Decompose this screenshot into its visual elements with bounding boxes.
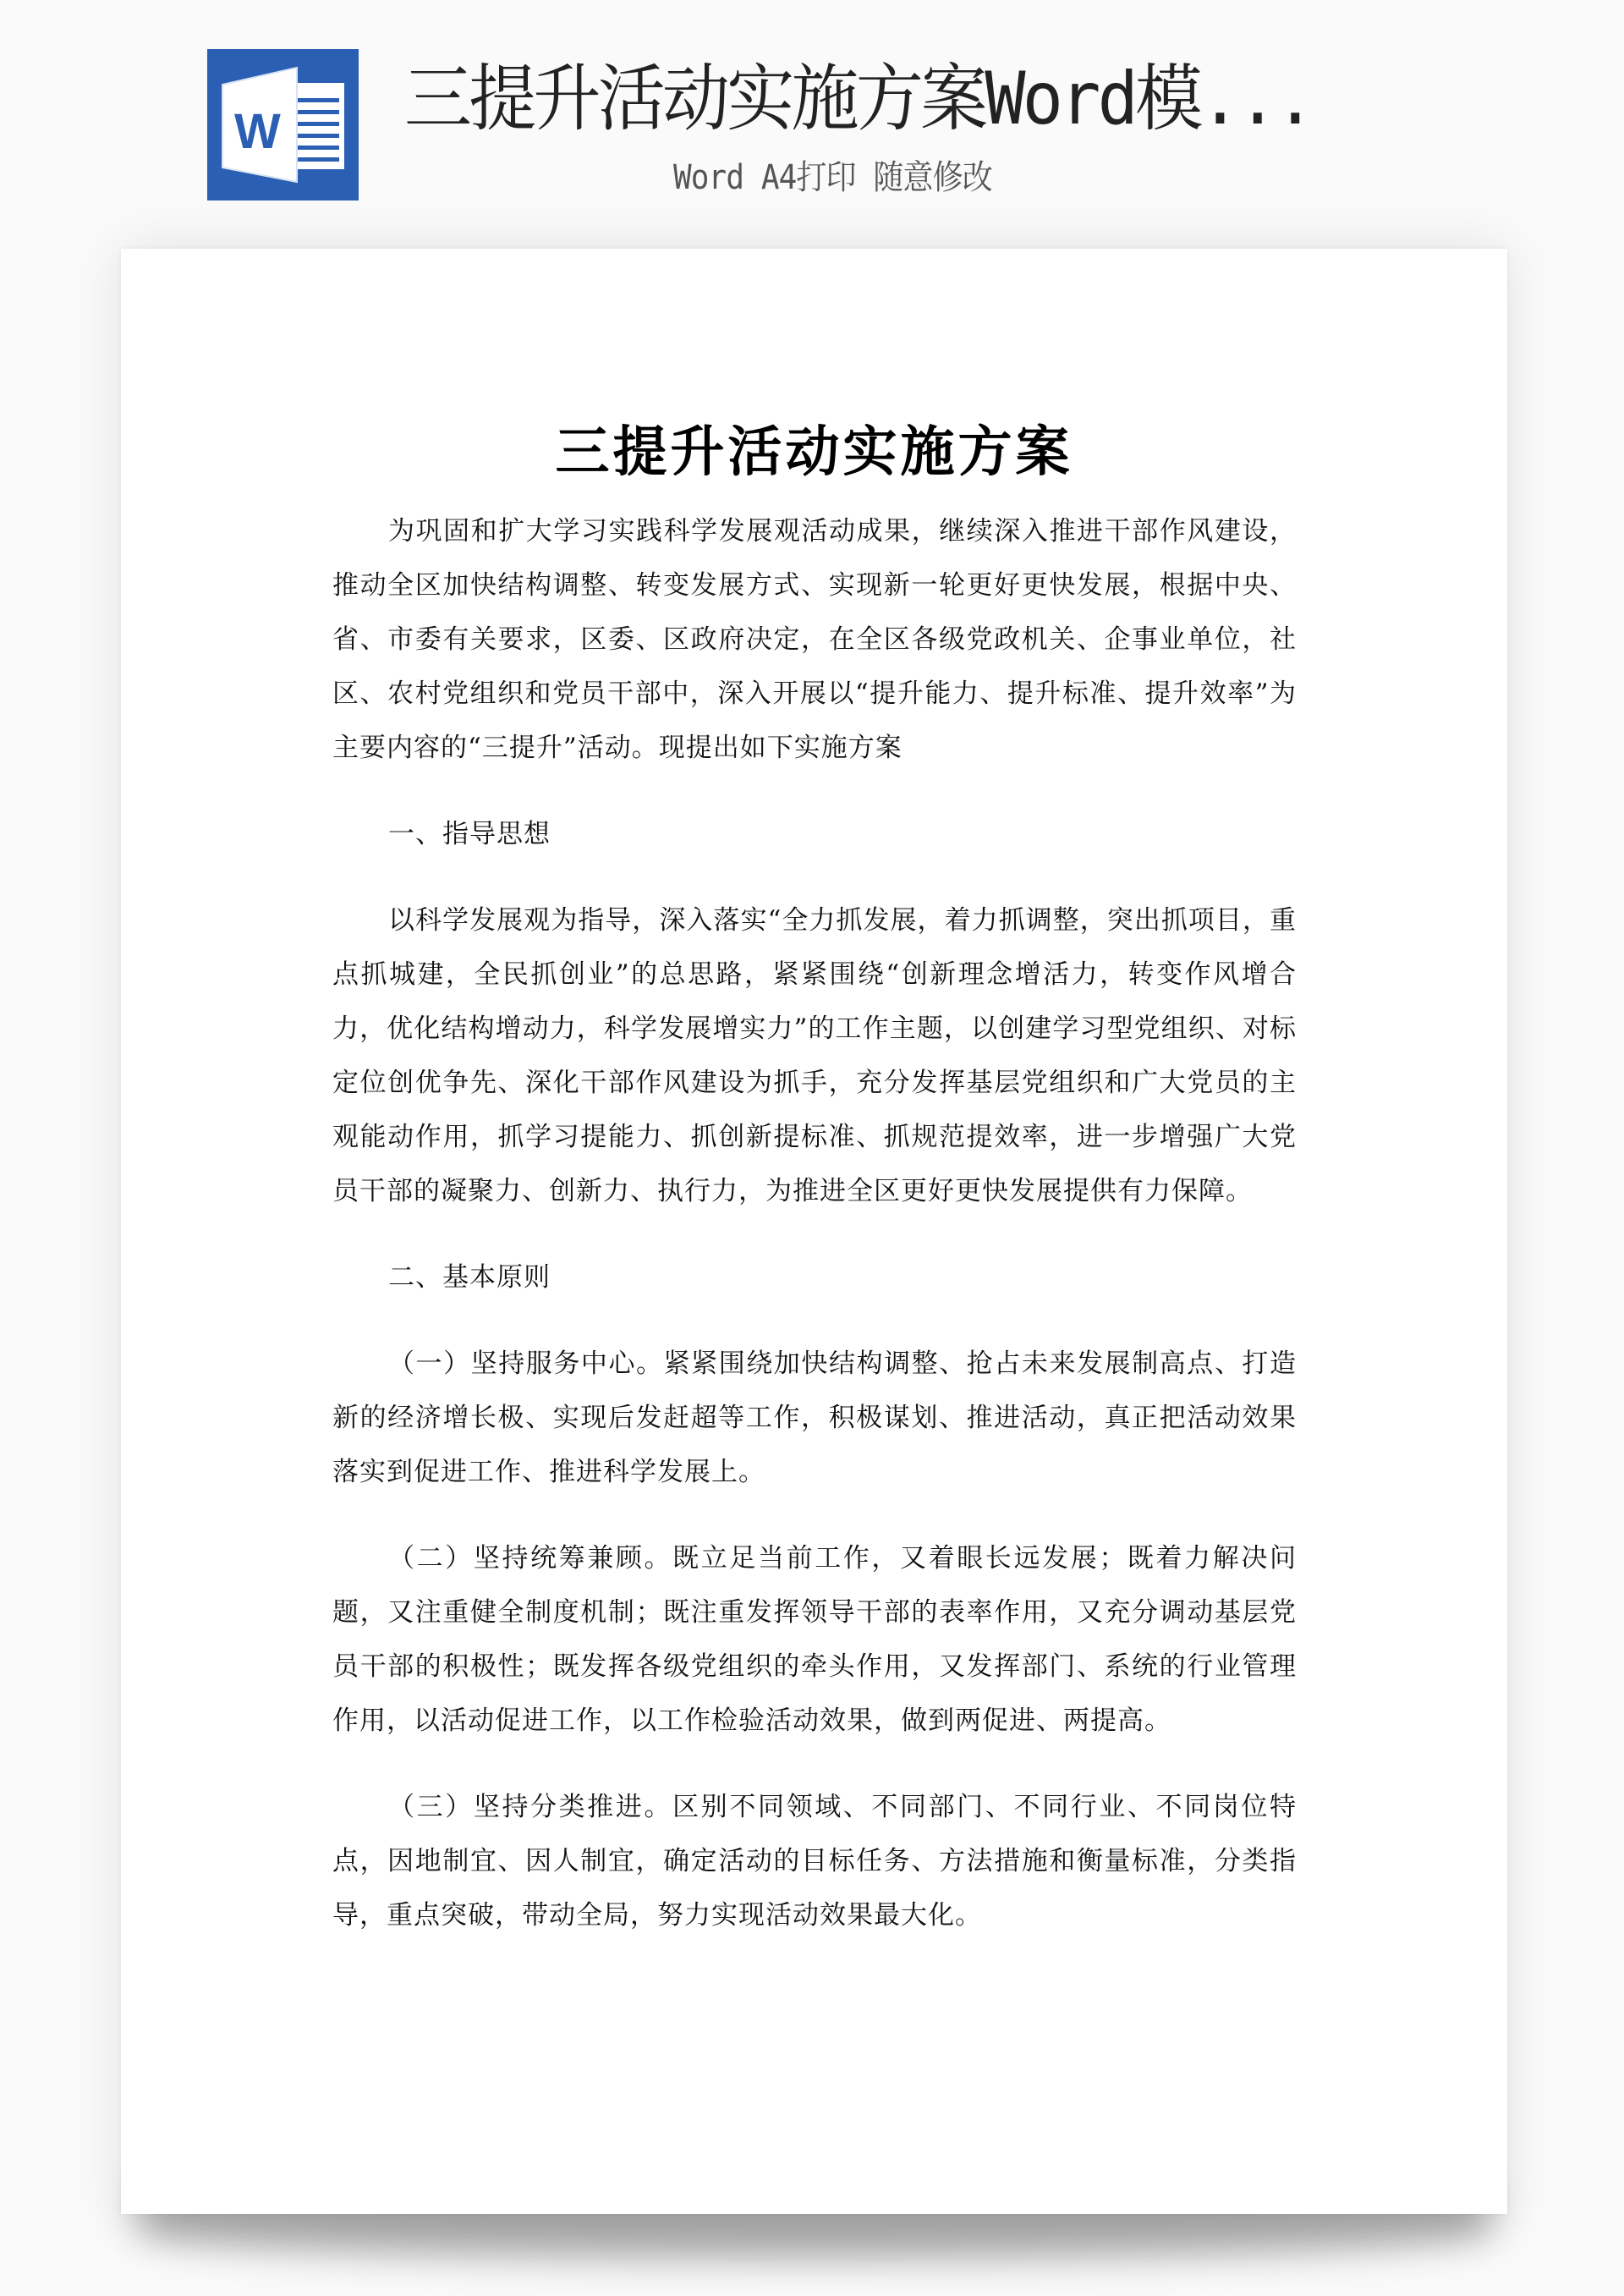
- principle-paragraph-3: （三）坚持分类推进。区别不同领域、不同部门、不同行业、不同岗位特点，因地制宜、因…: [332, 1780, 1297, 1942]
- section-heading-basic-principles: 二、基本原则: [332, 1250, 1297, 1305]
- document-title: 三提升活动实施方案: [121, 415, 1507, 491]
- principle-paragraph-2: （二）坚持统筹兼顾。既立足当前工作，又着眼长远发展；既着力解决问题，又注重健全制…: [332, 1531, 1297, 1748]
- word-document-icon: W: [207, 49, 359, 200]
- document-page: 三提升活动实施方案 为巩固和扩大学习实践科学发展观活动成果，继续深入推进干部作风…: [121, 249, 1507, 2214]
- guiding-thought-paragraph: 以科学发展观为指导，深入落实“全力抓发展，着力抓调整，突出抓项目，重点抓城建，全…: [332, 893, 1297, 1218]
- intro-paragraph: 为巩固和扩大学习实践科学发展观活动成果，继续深入推进干部作风建设，推动全区加快结…: [332, 504, 1297, 775]
- section-heading-guiding-thought: 一、指导思想: [332, 807, 1297, 861]
- header-subtitle: Word A4打印 随意修改: [673, 154, 1054, 201]
- principle-paragraph-1: （一）坚持服务中心。紧紧围绕加快结构调整、抢占未来发展制高点、打造新的经济增长极…: [332, 1337, 1297, 1499]
- svg-text:W: W: [234, 104, 281, 159]
- header-title: 三提升活动实施方案Word模...: [404, 52, 1396, 146]
- document-body: 为巩固和扩大学习实践科学发展观活动成果，继续深入推进干部作风建设，推动全区加快结…: [332, 504, 1297, 1975]
